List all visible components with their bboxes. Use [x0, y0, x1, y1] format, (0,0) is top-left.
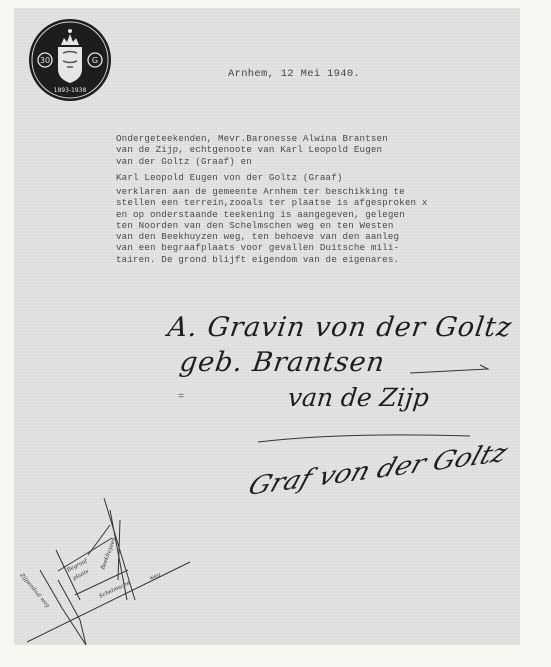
- pen-strokes-and-sketch-map: Begraaf plaats Schelmsche weg Beekhuyzen…: [0, 0, 551, 667]
- svg-text:Zijpendaal weg: Zijpendaal weg: [18, 572, 51, 610]
- sketch-map-icon: [27, 498, 190, 645]
- svg-text:Beekhuyzen: Beekhuyzen: [100, 536, 118, 571]
- svg-text:weg: weg: [149, 572, 162, 582]
